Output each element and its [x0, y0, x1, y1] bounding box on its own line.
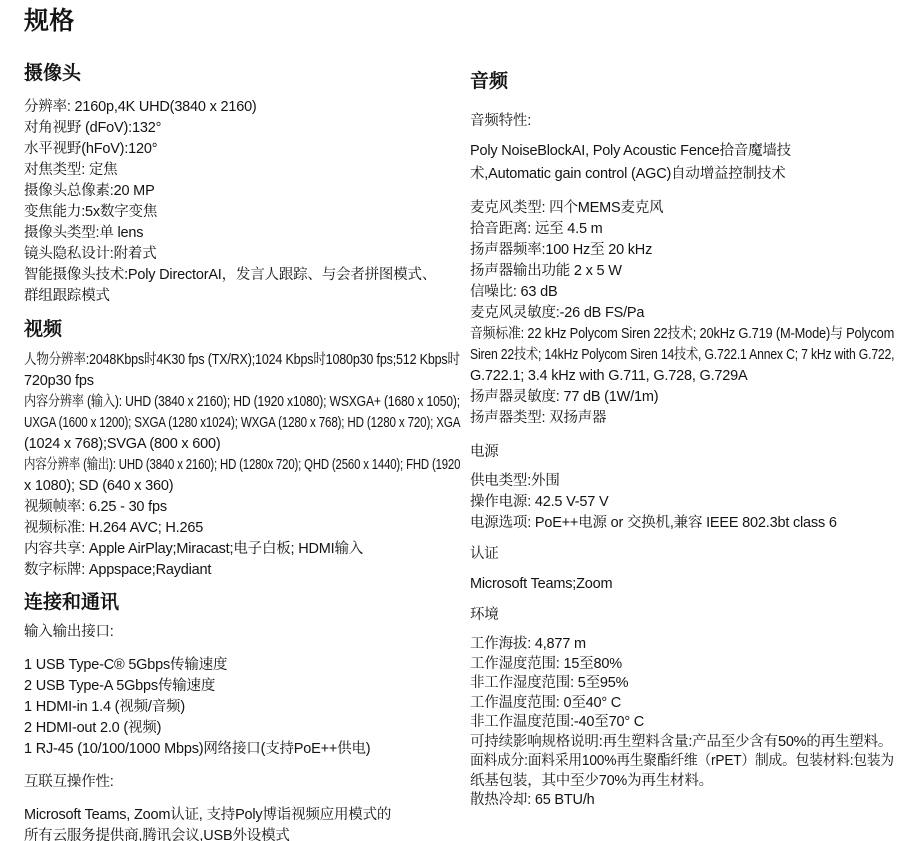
spec-line: UXGA (1600 x 1200); SXGA (1280 x1024); W…: [24, 413, 373, 434]
spec-line: 1 RJ-45 (10/100/1000 Mbps)网络接口(支持PoE++供电…: [24, 739, 460, 760]
spec-line: 信噪比: 63 dB: [470, 282, 894, 303]
spec-line: 720p30 fps: [24, 371, 460, 392]
spec-line: Microsoft Teams, Zoom认证, 支持Poly博诣视频应用模式的: [24, 805, 460, 826]
io-ports-label: 输入输出接口:: [24, 622, 460, 643]
environment-label: 环境: [470, 605, 894, 626]
spec-label: 输入输出接口:: [24, 622, 460, 643]
spec-line: 摄像头类型:单 lens: [24, 223, 460, 244]
spec-line: 对角视野 (dFoV):132°: [24, 118, 460, 139]
right-column: 音频 音频特性: Poly NoiseBlockAI, Poly Acousti…: [470, 0, 894, 811]
section-heading-audio: 音频: [470, 70, 894, 94]
spec-line: 2 HDMI-out 2.0 (视频): [24, 718, 460, 739]
spec-line: 分辨率: 2160p,4K UHD(3840 x 2160): [24, 97, 460, 118]
spec-label: 环境: [470, 605, 894, 626]
spec-line: Microsoft Teams;Zoom: [470, 574, 894, 595]
section-heading-connectivity: 连接和通讯: [24, 591, 460, 615]
spec-line: 变焦能力:5x数字变焦: [24, 202, 460, 223]
spec-line: 内容分辨率 (输入): UHD (3840 x 2160); HD (1920 …: [24, 392, 389, 413]
power-label: 电源: [470, 442, 894, 463]
spec-line: 麦克风灵敏度:-26 dB FS/Pa: [470, 303, 894, 324]
spec-line: 内容分辨率 (输出): UHD (3840 x 2160); HD (1280x…: [24, 455, 366, 476]
spec-line: 工作湿度范围: 15至80%: [470, 655, 894, 675]
spec-line: G.722.1; 3.4 kHz with G.711, G.728, G.72…: [470, 366, 894, 387]
spec-line: 1 USB Type-C® 5Gbps传输速度: [24, 655, 460, 676]
section-heading-camera: 摄像头: [24, 62, 460, 86]
spec-line: 操作电源: 42.5 V-57 V: [470, 492, 894, 513]
audio-features: Poly NoiseBlockAI, Poly Acoustic Fence拾音…: [470, 140, 894, 186]
audio-specs: 麦克风类型: 四个MEMS麦克风 拾音距离: 远至 4.5 m 扬声器频率:10…: [470, 198, 894, 429]
spec-line: 音频标准: 22 kHz Polycom Siren 22技术; 20kHz G…: [470, 324, 845, 345]
spec-line: 扬声器灵敏度: 77 dB (1W/1m): [470, 387, 894, 408]
spec-line: x 1080); SD (640 x 360): [24, 476, 460, 497]
spec-line: 工作海拔: 4,877 m: [470, 635, 894, 655]
video-specs: 人物分辨率:2048Kbps时4K30 fps (TX/RX);1024 Kbp…: [24, 350, 460, 581]
spec-line: 纸基包装，其中至少70%为再生材料。: [470, 772, 894, 792]
power-specs: 供电类型:外围 操作电源: 42.5 V-57 V 电源选项: PoE++电源 …: [470, 471, 894, 534]
spec-line: 供电类型:外围: [470, 471, 894, 492]
spec-line: 水平视野(hFoV):120°: [24, 139, 460, 160]
spec-line: 视频标准: H.264 AVC; H.265: [24, 518, 460, 539]
spec-line: 术,Automatic gain control (AGC)自动增益控制技术: [470, 163, 894, 186]
spec-line: 扬声器输出功能 2 x 5 W: [470, 261, 894, 282]
audio-features-label: 音频特性:: [470, 111, 894, 132]
section-heading-video: 视频: [24, 318, 460, 342]
spec-label: 互联互操作性:: [24, 772, 460, 793]
spec-line: 拾音距离: 远至 4.5 m: [470, 219, 894, 240]
spec-line: (1024 x 768);SVGA (800 x 600): [24, 434, 460, 455]
interoperability-list: Microsoft Teams, Zoom认证, 支持Poly博诣视频应用模式的…: [24, 805, 460, 841]
spec-line: 群组跟踪模式: [24, 286, 460, 307]
spec-label: 音频特性:: [470, 111, 894, 132]
spec-line: 扬声器类型: 双扬声器: [470, 408, 894, 429]
spec-line: Siren 22技术; 14kHz Polycom Siren 14技术, G.…: [470, 345, 826, 366]
spec-line: 面料成分:面料采用100%再生聚酯纤维（rPET）制成。包装材料:包装为: [470, 752, 871, 772]
spec-line: 工作温度范围: 0至40° C: [470, 694, 894, 714]
spec-line: 内容共享: Apple AirPlay;Miracast;电子白板; HDMI输…: [24, 539, 460, 560]
interoperability-label: 互联互操作性:: [24, 772, 460, 793]
spec-line: 智能摄像头技术:Poly DirectorAI，发言人跟踪、与会者拼图模式、: [24, 265, 460, 286]
page-title: 规格: [24, 6, 460, 36]
spec-line: 非工作湿度范围: 5至95%: [470, 674, 894, 694]
spec-line: 扬声器频率:100 Hz至 20 kHz: [470, 240, 894, 261]
spec-line: 散热冷却: 65 BTU/h: [470, 791, 894, 811]
spec-line: 人物分辨率:2048Kbps时4K30 fps (TX/RX);1024 Kbp…: [24, 350, 400, 371]
spec-line: 所有云服务提供商,腾讯会议,USB外设模式: [24, 826, 460, 841]
camera-specs: 分辨率: 2160p,4K UHD(3840 x 2160) 对角视野 (dFo…: [24, 97, 460, 307]
spec-label: 电源: [470, 442, 894, 463]
environment-specs: 工作海拔: 4,877 m 工作湿度范围: 15至80% 非工作湿度范围: 5至…: [470, 635, 894, 811]
spec-line: 1 HDMI-in 1.4 (视频/音频): [24, 697, 460, 718]
left-column: 规格 摄像头 分辨率: 2160p,4K UHD(3840 x 2160) 对角…: [24, 0, 460, 841]
spec-line: 摄像头总像素:20 MP: [24, 181, 460, 202]
spec-line: 麦克风类型: 四个MEMS麦克风: [470, 198, 894, 219]
spec-line: 非工作温度范围:-40至70° C: [470, 713, 894, 733]
spec-line: Poly NoiseBlockAI, Poly Acoustic Fence拾音…: [470, 140, 894, 163]
spec-line: 对焦类型: 定焦: [24, 160, 460, 181]
spec-page: 规格 摄像头 分辨率: 2160p,4K UHD(3840 x 2160) 对角…: [0, 0, 904, 841]
spec-label: 认证: [470, 544, 894, 565]
spec-line: 电源选项: PoE++电源 or 交换机,兼容 IEEE 802.3bt cla…: [470, 513, 894, 534]
spec-line: 2 USB Type-A 5Gbps传输速度: [24, 676, 460, 697]
spec-line: 数字标牌: Appspace;Raydiant: [24, 560, 460, 581]
spec-line: 镜头隐私设计:附着式: [24, 244, 460, 265]
spec-line: 可持续影响规格说明:再生塑料含量:产品至少含有50%的再生塑料。: [470, 733, 894, 753]
spec-line: 视频帧率: 6.25 - 30 fps: [24, 497, 460, 518]
certification-specs: Microsoft Teams;Zoom: [470, 574, 894, 595]
io-ports-list: 1 USB Type-C® 5Gbps传输速度 2 USB Type-A 5Gb…: [24, 655, 460, 760]
certification-label: 认证: [470, 544, 894, 565]
